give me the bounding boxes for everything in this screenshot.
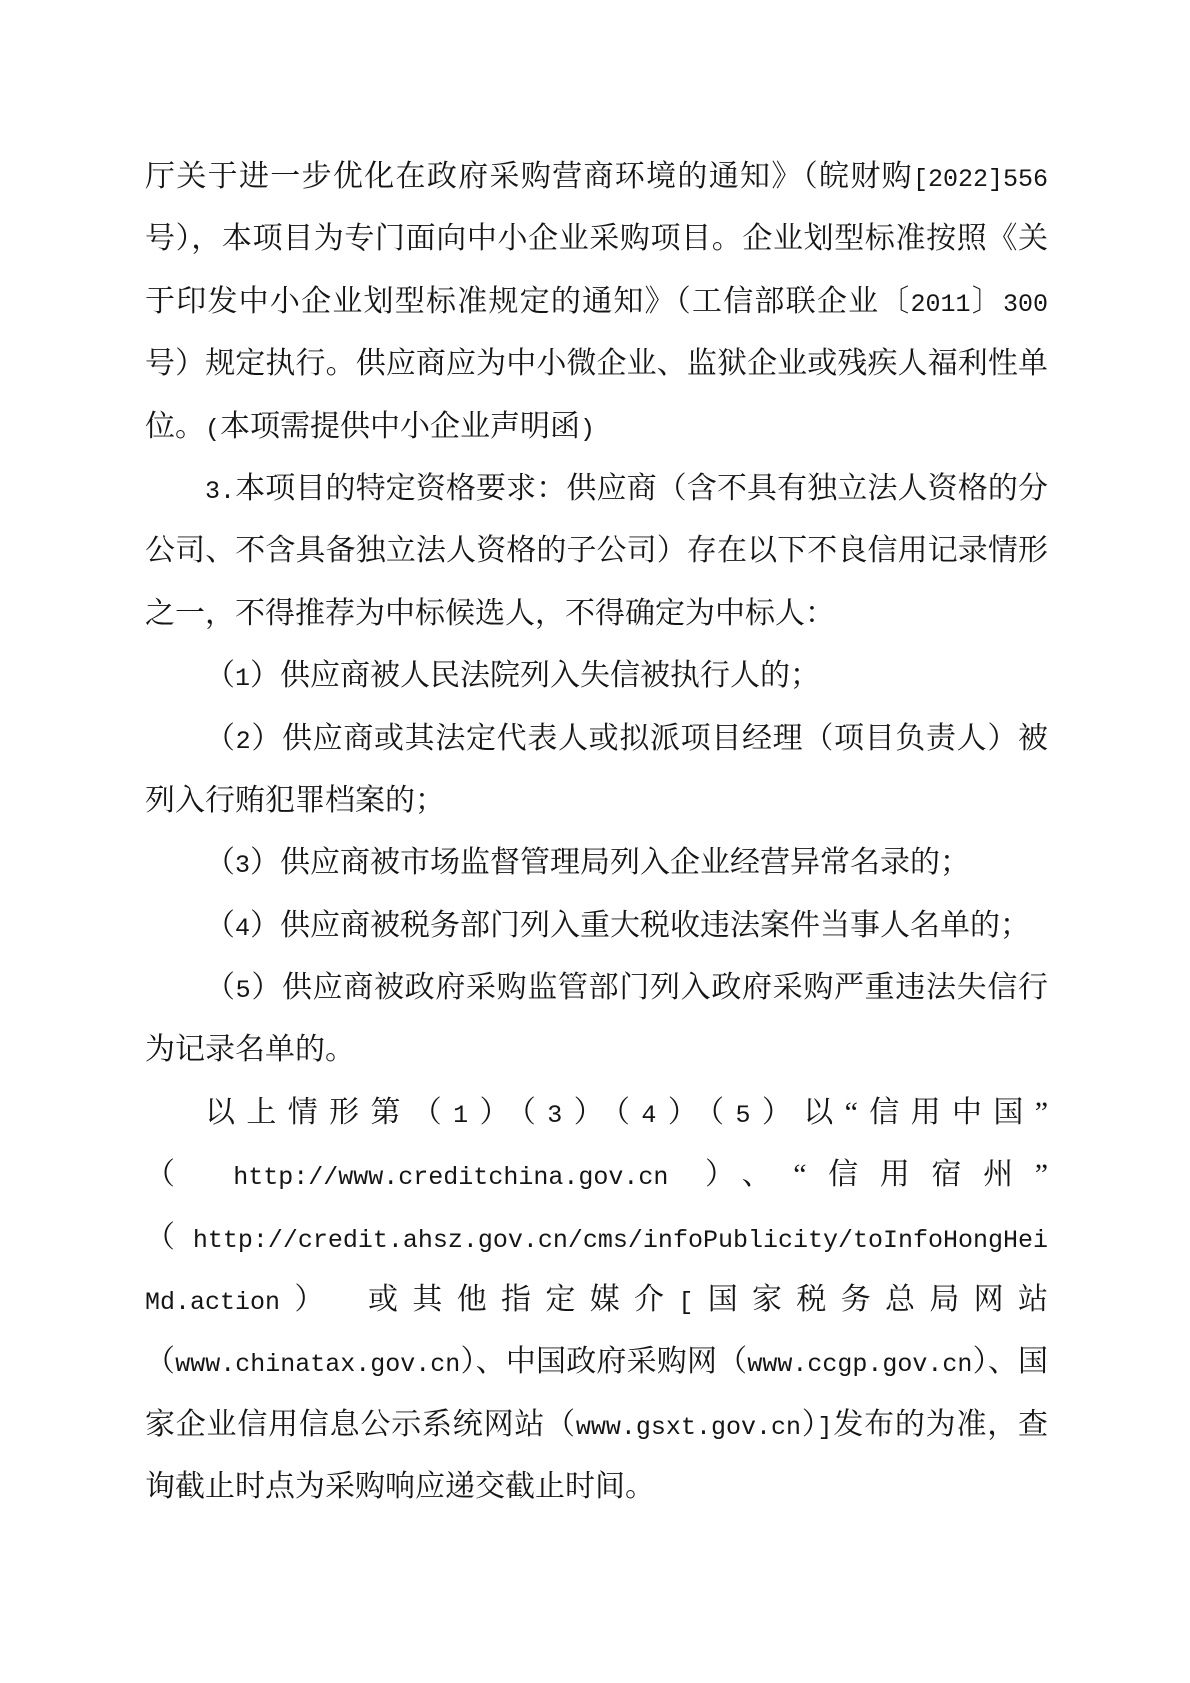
- document-line: （ http://www.creditchina.gov.cn ）、“信用宿州”: [145, 1144, 1048, 1206]
- halfwidth-text: ]: [818, 1413, 833, 1442]
- document-line: （4）供应商被税务部门列入重大税收违法案件当事人名单的；: [145, 895, 1048, 957]
- document-line: 厅关于进一步优化在政府采购营商环境的通知》（皖财购[2022]556: [145, 146, 1048, 208]
- halfwidth-text: (: [205, 415, 220, 444]
- halfwidth-text: www.chinatax.gov.cn: [175, 1350, 460, 1379]
- document-line: （www.chinatax.gov.cn）、中国政府采购网（www.ccgp.g…: [145, 1331, 1048, 1393]
- halfwidth-text: http://credit.ahsz.gov.cn/cms/infoPublic…: [193, 1226, 1048, 1255]
- halfwidth-text: 2: [236, 727, 251, 756]
- document-line: 之一，不得推荐为中标候选人，不得确定为中标人：: [145, 583, 1048, 645]
- document-line: 以上情形第（1）（3）（4）（5）以“信用中国”: [145, 1082, 1048, 1144]
- document-line: （3）供应商被市场监督管理局列入企业经营异常名录的；: [145, 832, 1048, 894]
- document-line: （2）供应商或其法定代表人或拟派项目经理（项目负责人）被: [145, 708, 1048, 770]
- document-line: （http://credit.ahsz.gov.cn/cms/infoPubli…: [145, 1207, 1048, 1269]
- document-line: Md.action） 或其他指定媒介[国家税务总局网站: [145, 1269, 1048, 1331]
- document-line: （5）供应商被政府采购监管部门列入政府采购严重违法失信行: [145, 957, 1048, 1019]
- document-line: 于印发中小企业划型标准规定的通知》（工信部联企业〔2011〕300: [145, 271, 1048, 333]
- halfwidth-text: 5: [236, 976, 251, 1005]
- document-line: 号），本项目为专门面向中小企业采购项目。企业划型标准按照《关: [145, 208, 1048, 270]
- halfwidth-text: 3: [235, 851, 250, 880]
- document-line: 询截止时点为采购响应递交截止时间。: [145, 1456, 1048, 1518]
- halfwidth-text: www.gsxt.gov.cn: [576, 1413, 801, 1442]
- document-line: 为记录名单的。: [145, 1019, 1048, 1081]
- document-body: 厅关于进一步优化在政府采购营商环境的通知》（皖财购[2022]556号），本项目…: [145, 146, 1048, 1519]
- document-line: 位。(本项需提供中小企业声明函): [145, 396, 1048, 458]
- halfwidth-text: Md.action: [145, 1288, 280, 1317]
- halfwidth-text: 3.: [205, 477, 235, 506]
- halfwidth-text: [2022]556: [913, 165, 1048, 194]
- document-line: 家企业信用信息公示系统网站（www.gsxt.gov.cn）]发布的为准，查: [145, 1394, 1048, 1456]
- halfwidth-text: 2011: [911, 290, 971, 319]
- halfwidth-text: 3: [547, 1101, 562, 1130]
- halfwidth-text: www.ccgp.gov.cn: [747, 1350, 972, 1379]
- halfwidth-text: 4: [235, 914, 250, 943]
- document-page: 厅关于进一步优化在政府采购营商环境的通知》（皖财购[2022]556号），本项目…: [0, 0, 1190, 1683]
- halfwidth-text: [339, 1288, 368, 1317]
- halfwidth-text: 300: [1003, 290, 1048, 319]
- halfwidth-text: 1: [235, 664, 250, 693]
- halfwidth-text: 4: [641, 1101, 656, 1130]
- halfwidth-text: 1: [453, 1101, 468, 1130]
- halfwidth-text: [: [678, 1288, 693, 1317]
- halfwidth-text: 5: [736, 1101, 751, 1130]
- document-line: 列入行贿犯罪档案的；: [145, 770, 1048, 832]
- document-line: 号）规定执行。供应商应为中小微企业、监狱企业或残疾人福利性单: [145, 333, 1048, 395]
- halfwidth-text: ): [580, 415, 595, 444]
- halfwidth-text: http://www.creditchina.gov.cn: [197, 1163, 705, 1192]
- document-line: 3.本项目的特定资格要求：供应商（含不具有独立法人资格的分: [145, 458, 1048, 520]
- document-line: 公司、不含具备独立法人资格的子公司）存在以下不良信用记录情形: [145, 520, 1048, 582]
- document-line: （1）供应商被人民法院列入失信被执行人的；: [145, 645, 1048, 707]
